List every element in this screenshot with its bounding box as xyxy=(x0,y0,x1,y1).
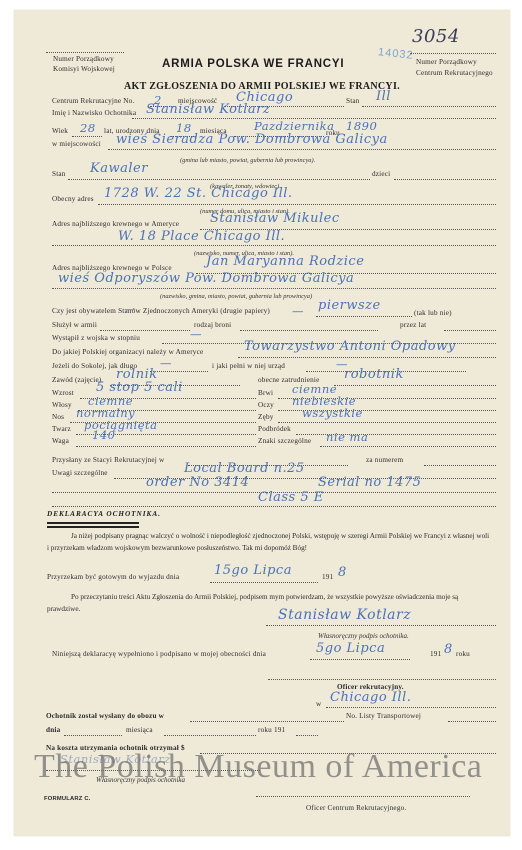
right-center-label: Centrum Rekrutacyjnego xyxy=(416,69,493,77)
filled-year-prefix: 191 xyxy=(430,650,441,658)
document-title: ARMIA POLSKA WE FRANCYI xyxy=(162,58,344,70)
year-value: 1890 xyxy=(346,119,377,133)
place-label: w miejscowości xyxy=(52,140,101,148)
eyes-label: Oczy xyxy=(258,401,274,409)
dotted-line xyxy=(444,330,496,331)
dotted-line xyxy=(410,53,496,54)
dotted-line xyxy=(210,582,318,583)
declaration-text: Ja niżej podpisany pragnąc walczyć o wol… xyxy=(47,530,491,554)
dotted-line xyxy=(268,679,496,680)
wiek-value: 28 xyxy=(80,121,96,135)
dotted-line xyxy=(326,707,496,708)
dotted-line xyxy=(448,721,496,722)
filled-year-suffix: roku xyxy=(456,650,470,658)
nose-label: Nos xyxy=(52,413,64,421)
dotted-line xyxy=(362,106,496,107)
officer-w: w xyxy=(316,700,321,708)
left-number-label: Numer Porządkowy xyxy=(53,55,114,63)
wiek-label: Wiek xyxy=(52,127,68,135)
dotted-line xyxy=(320,446,496,447)
declaration-heading: DEKLARACYA OCHOTNIKA. xyxy=(47,510,161,518)
dotted-line xyxy=(310,659,410,660)
weight-label: Waga xyxy=(52,437,69,445)
heading-rule-2 xyxy=(47,526,139,528)
dnia-label: dnia xyxy=(46,726,60,734)
officer-place: Chicago Ill. xyxy=(330,690,411,705)
handwritten-record-number: 3054 xyxy=(412,26,460,47)
teeth-value: wszystkie xyxy=(302,406,363,420)
dotted-line xyxy=(68,179,370,180)
height-label: Wzrost xyxy=(52,389,74,397)
dotted-line xyxy=(100,330,190,331)
roku-label: roku 191 xyxy=(258,726,285,734)
dotted-line xyxy=(266,625,496,626)
employment-value: robotnik xyxy=(344,367,404,382)
dotted-line xyxy=(52,245,496,246)
citizen-dash-2: — xyxy=(292,304,304,318)
dotted-line xyxy=(190,721,344,722)
dotted-line xyxy=(98,204,496,205)
marital-value: Kawaler xyxy=(90,161,148,176)
place-value: wieś Sieradza Pow. Dombrowa Galicya xyxy=(116,132,388,147)
office-label: i jaki pełni w niej urząd xyxy=(212,362,285,370)
remarks-line-2b: Serial no 1475 xyxy=(318,475,421,490)
month-value: Pazdziernika xyxy=(254,119,334,133)
dotted-line xyxy=(72,136,102,137)
transport-label: No. Listy Transportowej xyxy=(346,712,421,720)
citizen-label: Czy jest obywatelem Stanów Zjednoczonych… xyxy=(52,307,270,315)
dotted-line xyxy=(238,357,496,358)
place-hint: (gmina lub miasto, powiat, gubernia lub … xyxy=(180,157,315,164)
remarks-line-3: Class 5 E xyxy=(258,490,324,505)
hair-label: Włosy xyxy=(52,401,72,409)
signature-caption: Własnoręczny podpis ochotnika. xyxy=(318,632,409,640)
teeth-label: Zęby xyxy=(258,413,274,421)
citizen-dash-1: — xyxy=(124,302,136,316)
rank-value: — xyxy=(190,327,202,341)
filled-year-digit: 8 xyxy=(444,642,453,657)
left-commission-label: Komisyi Wojskowej xyxy=(53,65,115,73)
height-value: 5 stop 5 cali xyxy=(96,380,183,395)
filled-label: Niniejszą deklaracyę wypełniono i podpis… xyxy=(52,650,266,658)
brows-label: Brwi xyxy=(258,389,273,397)
camp-label: Ochotnik został wysłany do obozu w xyxy=(46,712,164,720)
ready-label: Przyrzekam być gotowym do wyjazdu dnia xyxy=(47,573,179,581)
dotted-line xyxy=(64,735,122,736)
address-value: 1728 W. 22 St. Chicago Ill. xyxy=(104,186,293,201)
weight-value: 140 xyxy=(92,428,115,442)
children-label: dzieci xyxy=(372,170,390,178)
dotted-line xyxy=(394,179,496,180)
chin-label: Podbródek xyxy=(258,425,291,433)
remarks-label: Uwagi szczególne xyxy=(52,469,108,477)
marks-value: nie ma xyxy=(326,430,368,444)
marital-label: Stan xyxy=(52,170,66,178)
dotted-line xyxy=(46,52,124,53)
centrum-label: Centrum Rekrutacyjne No. xyxy=(52,97,134,105)
name-label: Imię i Nazwisko Ochotnika xyxy=(52,109,136,117)
ready-year-prefix: 191 xyxy=(322,573,333,581)
remarks-line-1: Local Board n.25 xyxy=(184,461,305,476)
confirm-text: Po przeczytaniu treści Aktu Zgłoszenia d… xyxy=(47,591,491,615)
ready-year-digit: 8 xyxy=(338,565,347,580)
sent-label: Przysłany ze Stacyi Rekrutacyjnej w xyxy=(52,456,164,464)
years-label: przez lat xyxy=(400,321,426,329)
kin-pl-hint: (nazwisko, gmina, miasto, powiat, gubern… xyxy=(160,293,312,300)
dotted-line xyxy=(108,149,496,150)
remarks-line-2a: order No 3414 xyxy=(146,475,249,490)
number-label: za numerem xyxy=(366,456,403,464)
filled-date: 5go Lipca xyxy=(316,641,385,656)
form-identifier: FORMULARZ C. xyxy=(44,796,91,802)
address-label: Obecny adres xyxy=(52,195,94,203)
face-label: Twarz xyxy=(52,425,71,433)
kin-pl-value-2: wieś Odporyszów Pow. Dombrowa Galicya xyxy=(58,271,354,286)
citizen-hint: (tak lub nie) xyxy=(414,309,452,317)
rank-label: Wystąpił z wojska w stopniu xyxy=(52,334,140,342)
citizen-value: pierwsze xyxy=(318,298,381,313)
sokol-value: — xyxy=(160,356,172,370)
name-value: Stanisław Kotlarz xyxy=(146,102,270,117)
marks-label: Znaki szczególne xyxy=(258,437,311,445)
right-number-label: Numer Porządkowy xyxy=(416,58,477,66)
dotted-line xyxy=(424,465,496,466)
center-officer-caption: Oficer Centrum Rekrutacyjnego. xyxy=(306,804,406,812)
org-value: Towarzystwo Antoni Opadowy xyxy=(244,339,456,354)
heading-rule-1 xyxy=(47,522,139,524)
job-label: Zawód (zajęcie) xyxy=(52,376,102,384)
ready-date: 15go Lipca xyxy=(214,563,292,578)
museum-watermark: The Polish Museum of America xyxy=(34,748,482,786)
miesiaca-label: miesiąca xyxy=(126,726,153,734)
dotted-line xyxy=(334,385,496,386)
dotted-line xyxy=(164,735,256,736)
dotted-line xyxy=(150,371,208,372)
dotted-line xyxy=(278,422,496,423)
dotted-line xyxy=(76,446,256,447)
dotted-line xyxy=(52,288,496,289)
stan-label: Stan xyxy=(346,97,360,105)
kin-us-value-2: W. 18 Place Chicago Ill. xyxy=(118,229,285,244)
dotted-line xyxy=(240,330,378,331)
dotted-line xyxy=(52,506,496,507)
volunteer-signature: Stanisław Kotlarz xyxy=(278,607,411,623)
kin-pl-value-1: Jan Maryanna Rodzice xyxy=(206,254,364,269)
served-label: Służył w armii xyxy=(52,321,97,329)
stan-value: Ill xyxy=(376,89,391,104)
dotted-line xyxy=(296,735,318,736)
org-label: Do jakiej Polskiej organizacyi należy w … xyxy=(52,348,203,356)
dotted-line xyxy=(256,796,470,797)
kin-us-value-1: Stanisław Mikulec xyxy=(210,211,340,226)
kin-us-label: Adres najbliższego krewnego w Ameryce xyxy=(52,220,179,228)
dotted-line xyxy=(316,316,412,317)
